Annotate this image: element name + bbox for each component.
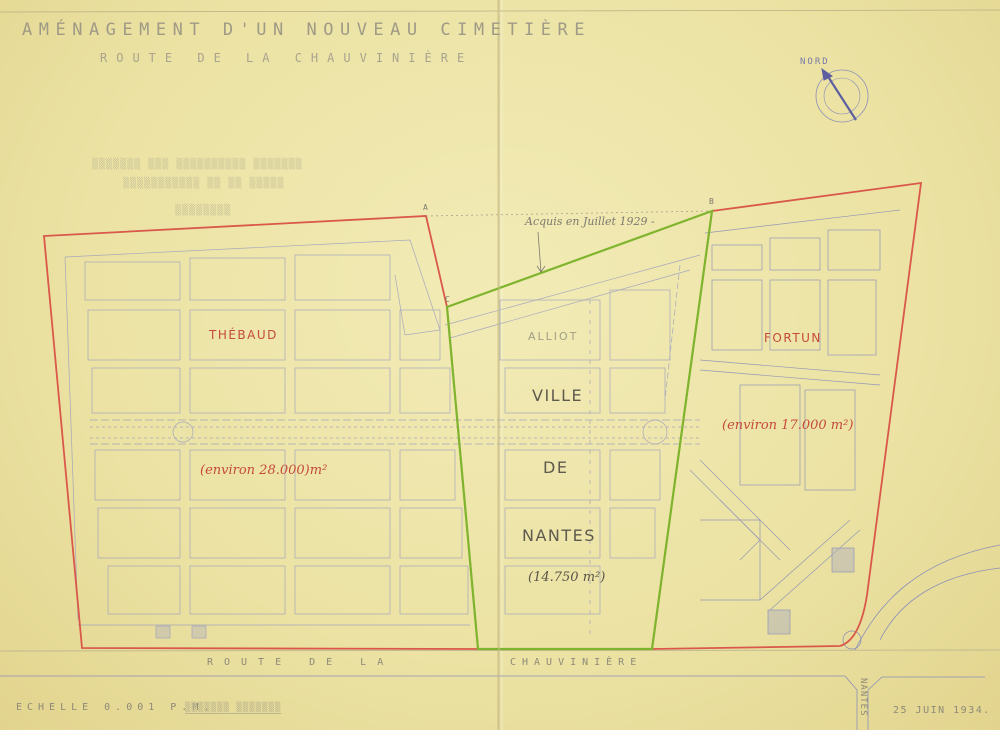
parcel-thebaud-area: (environ 28.000)m²: [200, 463, 327, 478]
road-label-part2: CHAUVINIÈRE: [510, 657, 642, 668]
city-label-ville: VILLE: [532, 386, 583, 405]
acquisition-note: Acquis en Juillet 1929 -: [525, 215, 655, 228]
point-c-label: C: [445, 295, 450, 304]
plan-title: AMÉNAGEMENT D'UN NOUVEAU CIMETIÈRE: [22, 20, 591, 40]
parcel-nantes-area: (14.750 m²): [528, 570, 605, 585]
plan-subtitle: ROUTE DE LA CHAUVINIÈRE: [100, 51, 473, 65]
site-plan-drawing: [0, 0, 1000, 730]
plan-date: 25 JUIN 1934.: [893, 705, 991, 716]
faded-typed-line-1: ▒▒▒▒▒▒▒ ▒▒▒ ▒▒▒▒▒▒▒▒▒▒ ▒▒▒▒▒▒▒: [92, 159, 303, 170]
city-label-nantes: NANTES: [522, 526, 596, 545]
parcel-fortun-label: FORTUN: [764, 331, 822, 345]
scale-faded-note: ▒▒▒▒▒▒▒ ▒▒▒▒▒▒▒: [185, 703, 281, 714]
city-label-de: DE: [543, 458, 568, 477]
cemetery-plan-sheet: AMÉNAGEMENT D'UN NOUVEAU CIMETIÈRE ROUTE…: [0, 0, 1000, 730]
point-a-label: A: [423, 203, 428, 212]
compass-rose: [816, 69, 868, 122]
point-b-label: B: [709, 197, 714, 206]
private-parcel-boundaries: [44, 183, 921, 649]
north-label: NORD: [800, 57, 830, 67]
parcel-fortun-area: (environ 17.000 m²): [722, 418, 853, 433]
faded-typed-line-3: ▒▒▒▒▒▒▒▒: [175, 205, 231, 216]
road-label-part1: ROUTE DE LA: [207, 657, 394, 668]
parcel-alliot-label: ALLIOT: [528, 330, 578, 343]
faded-typed-line-2: ▒▒▒▒▒▒▒▒▒▒▒ ▒▒ ▒▒ ▒▒▒▒▒: [123, 178, 284, 189]
parcel-thebaud-label: THÉBAUD: [209, 328, 278, 342]
side-road-label: NANTES: [858, 678, 868, 717]
